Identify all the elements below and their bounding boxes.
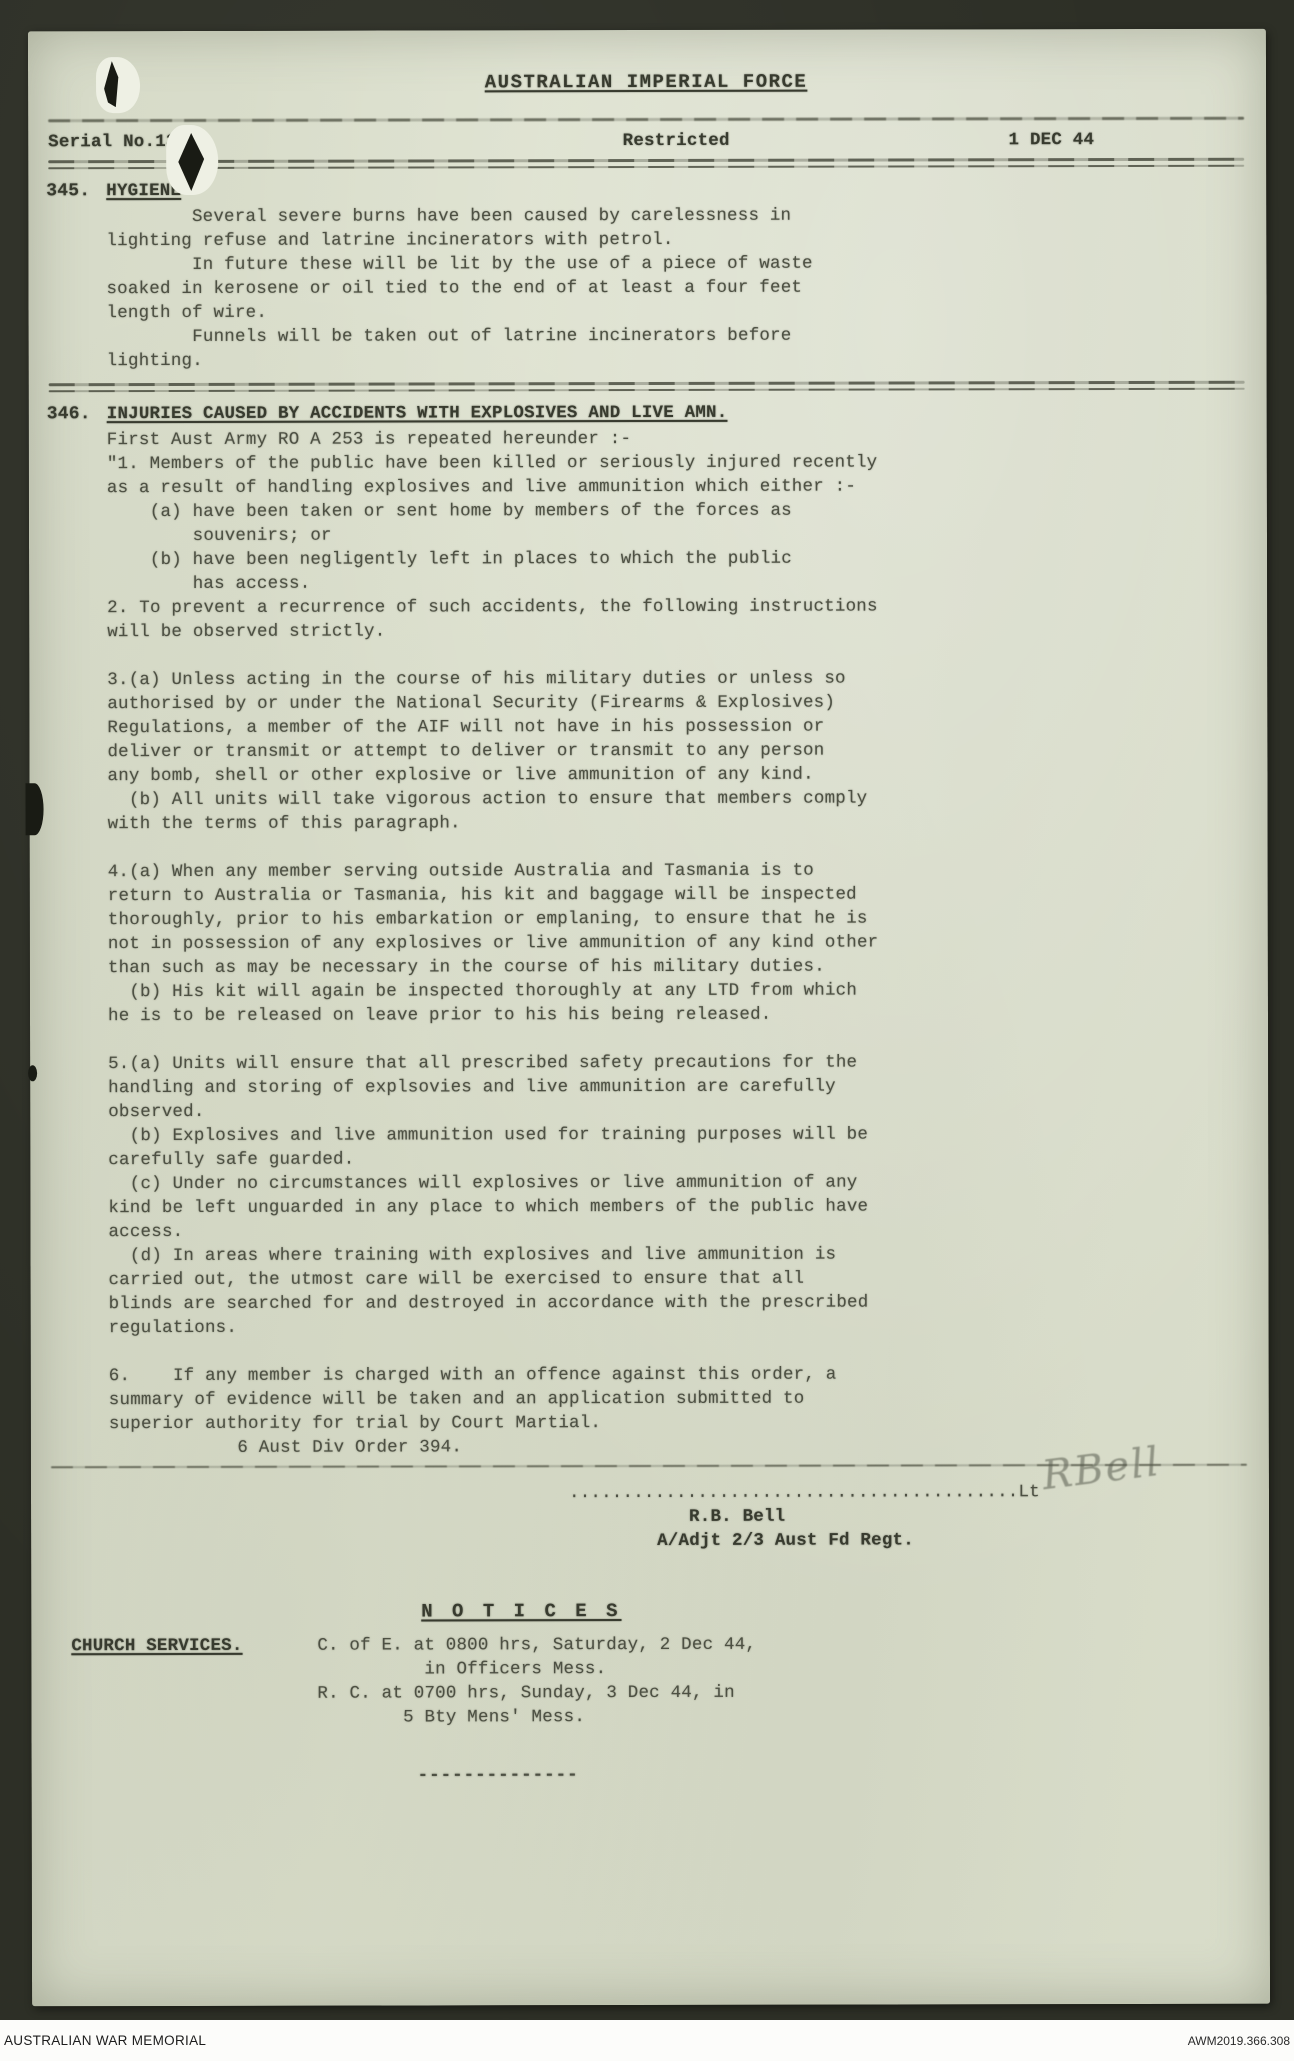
section-346-content: INJURIES CAUSED BY ACCIDENTS WITH EXPLOS… <box>107 400 1249 1460</box>
section-345-body: Several severe burns have been caused by… <box>106 203 1246 373</box>
scanned-document-scene: AUSTRALIAN IMPERIAL FORCE Serial No.136 … <box>0 0 1294 2061</box>
serial-number: Serial No.136 <box>48 130 408 155</box>
edge-speck <box>28 1065 37 1081</box>
awm-footer-accession-number: AWM2019.366.308 <box>1188 2034 1294 2048</box>
church-services-schedule: C. of E. at 0800 hrs, Saturday, 2 Dec 44… <box>317 1633 756 1730</box>
awm-footer-bar: AUSTRALIAN WAR MEMORIAL AWM2019.366.308 <box>0 2020 1294 2061</box>
edge-hole <box>26 783 44 835</box>
rule-line <box>48 164 1244 169</box>
rule-line <box>48 158 1244 163</box>
section-346-number: 346. <box>47 402 109 1460</box>
section-345: 345. HYGIENE Several severe burns have b… <box>46 177 1246 374</box>
page-content: AUSTRALIAN IMPERIAL FORCE Serial No.136 … <box>28 29 1270 2007</box>
signatory-unit: A/Adjt 2/3 Aust Fd Regt. <box>657 1528 1189 1553</box>
section-346: 346. INJURIES CAUSED BY ACCIDENTS WITH E… <box>47 400 1249 1461</box>
end-separator: -------------- <box>418 1762 1250 1788</box>
section-345-number: 345. <box>46 179 106 373</box>
signature-block: RBell ..................................… <box>569 1480 1189 1553</box>
church-services-label: CHURCH SERVICES. <box>49 1634 317 1731</box>
serial-row: Serial No.136 Restricted 1 DEC 44 <box>48 128 1244 155</box>
notices-heading: N O T I C E S <box>421 1599 621 1623</box>
header-rule <box>48 117 1244 123</box>
section-346-heading: INJURIES CAUSED BY ACCIDENTS WITH EXPLOS… <box>107 401 728 426</box>
rule-line <box>49 381 1245 386</box>
church-services-row: CHURCH SERVICES. C. of E. at 0800 hrs, S… <box>49 1632 1249 1731</box>
notices-section: N O T I C E S CHURCH SERVICES. C. of E. … <box>49 1598 1249 1789</box>
issue-date: 1 DEC 44 <box>944 128 1244 153</box>
awm-footer-institution: AUSTRALIAN WAR MEMORIAL <box>0 2033 206 2048</box>
document-title: AUSTRALIAN IMPERIAL FORCE <box>46 69 1246 96</box>
rule-line <box>49 387 1245 392</box>
section-divider-rule <box>49 381 1245 393</box>
classification-label: Restricted <box>408 128 944 153</box>
serial-rule <box>48 158 1244 170</box>
document-page: AUSTRALIAN IMPERIAL FORCE Serial No.136 … <box>28 29 1270 2007</box>
section-345-content: HYGIENE Several severe burns have been c… <box>106 177 1246 373</box>
section-346-body: "1. Members of the public have been kill… <box>107 450 1249 1460</box>
signatory-name: R.B. Bell <box>689 1504 1189 1529</box>
section-346-intro: First Aust Army RO A 253 is repeated her… <box>107 426 1247 452</box>
paper-tear <box>96 57 140 113</box>
